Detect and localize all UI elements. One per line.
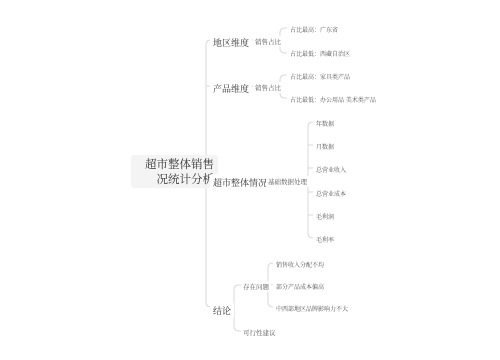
- branch-product-dimension[interactable]: 产品维度: [210, 80, 252, 97]
- leaf-total-cost[interactable]: 总营业成本: [313, 188, 349, 199]
- leaf-monthly-data[interactable]: 月数据: [313, 141, 337, 152]
- problem-uneven-revenue[interactable]: 销售收入分配不均: [273, 259, 327, 270]
- existing-problems[interactable]: 存在问题: [241, 281, 271, 292]
- region-sales-share[interactable]: 销售占比: [253, 36, 283, 47]
- leaf-annual-data[interactable]: 年数据: [313, 118, 337, 129]
- branch-conclusion[interactable]: 结论: [210, 302, 234, 319]
- product-lowest-share[interactable]: 占比最低：办公用品 美术类产品: [287, 94, 379, 105]
- root-title-line2: 况统计分析: [131, 172, 214, 187]
- leaf-gross-margin[interactable]: 毛利率: [313, 234, 337, 245]
- leaf-total-revenue[interactable]: 总营业收入: [313, 164, 349, 175]
- product-sales-share[interactable]: 销售占比: [253, 82, 283, 93]
- branch-overall-situation[interactable]: 超市整体情况: [210, 174, 270, 191]
- feasibility-suggestions[interactable]: 可行性建议: [241, 327, 278, 338]
- problem-weak-brand[interactable]: 中西部地区品牌影响力不大: [273, 303, 351, 314]
- leaf-gross-profit[interactable]: 毛利润: [313, 211, 337, 222]
- basic-data-processing[interactable]: 基础数据处理: [266, 176, 309, 187]
- region-highest-share[interactable]: 占比最高：广东省: [287, 24, 341, 35]
- product-highest-share[interactable]: 占比最高：家具类产品: [287, 71, 353, 82]
- problem-high-cost[interactable]: 部分产品成本偏高: [273, 281, 327, 292]
- root-node[interactable]: 超市整体销售 况统计分析: [131, 155, 218, 188]
- region-lowest-share[interactable]: 占比最低：西藏自治区: [287, 48, 353, 59]
- root-title-line1: 超市整体销售: [131, 157, 214, 172]
- branch-region-dimension[interactable]: 地区维度: [210, 34, 252, 51]
